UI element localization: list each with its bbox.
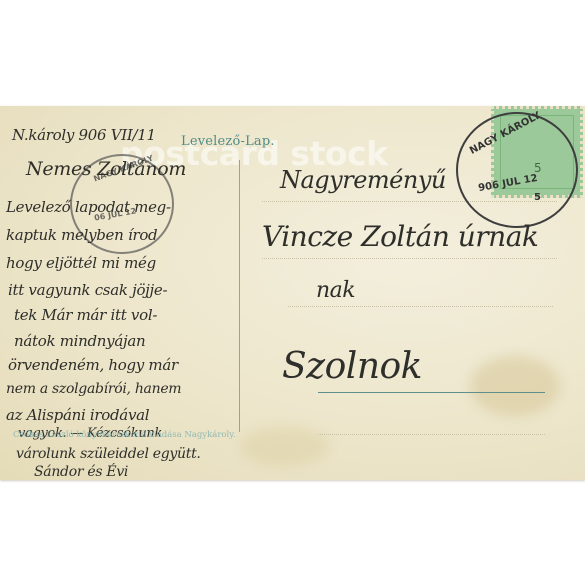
address-line-underline: [318, 392, 545, 393]
address-line: [318, 434, 545, 435]
postmark-right: NAGY KÁROLY 906 JUL 12 5: [456, 112, 578, 228]
message-line: nem a szolgabírói, hanem: [6, 381, 181, 397]
message-line: kaptuk melyben írod: [6, 226, 157, 244]
postmark-date: 906 JUL 12: [478, 173, 539, 194]
message-line: várolunk szüleiddel együtt.: [16, 446, 201, 462]
paper-stain: [470, 356, 560, 416]
signature: Sándor és Évi: [34, 464, 128, 480]
divider-line: [239, 160, 240, 432]
postcard-back: postcard stock Postcard & Stories Levele…: [0, 106, 585, 480]
address-line: [288, 306, 553, 307]
address-line-2: Vincze Zoltán úrnak: [262, 220, 538, 253]
message-line: tek Már már itt vol-: [14, 306, 157, 324]
message-line: hogy eljöttél mi még: [6, 254, 156, 272]
message-line: Nemes Zoltánom: [26, 158, 186, 180]
dateline: N.károly 906 VII/11: [12, 126, 156, 144]
address-city: Szolnok: [282, 346, 422, 387]
address-line-3: nak: [316, 278, 355, 303]
message-line: nátok mindnyájan: [14, 332, 145, 350]
message-line: itt vagyunk csak jöjje-: [8, 281, 167, 299]
address-line: [262, 258, 557, 259]
address-line-1: Nagyreményű: [280, 166, 446, 194]
message-line: az Alispáni irodával: [6, 406, 149, 424]
message-line: Levelező lapodat meg-: [6, 198, 171, 216]
paper-stain: [240, 426, 330, 466]
postmark-town: NAGY KÁROLY: [468, 110, 543, 157]
message-line: örvendeném, hogy már: [8, 356, 178, 374]
postmark-number: 5: [534, 192, 541, 203]
postcard-heading: Levelező-Lap.: [181, 134, 275, 149]
publisher-imprint: Csókás László könyvkereskedő kiadása Nag…: [13, 430, 236, 440]
